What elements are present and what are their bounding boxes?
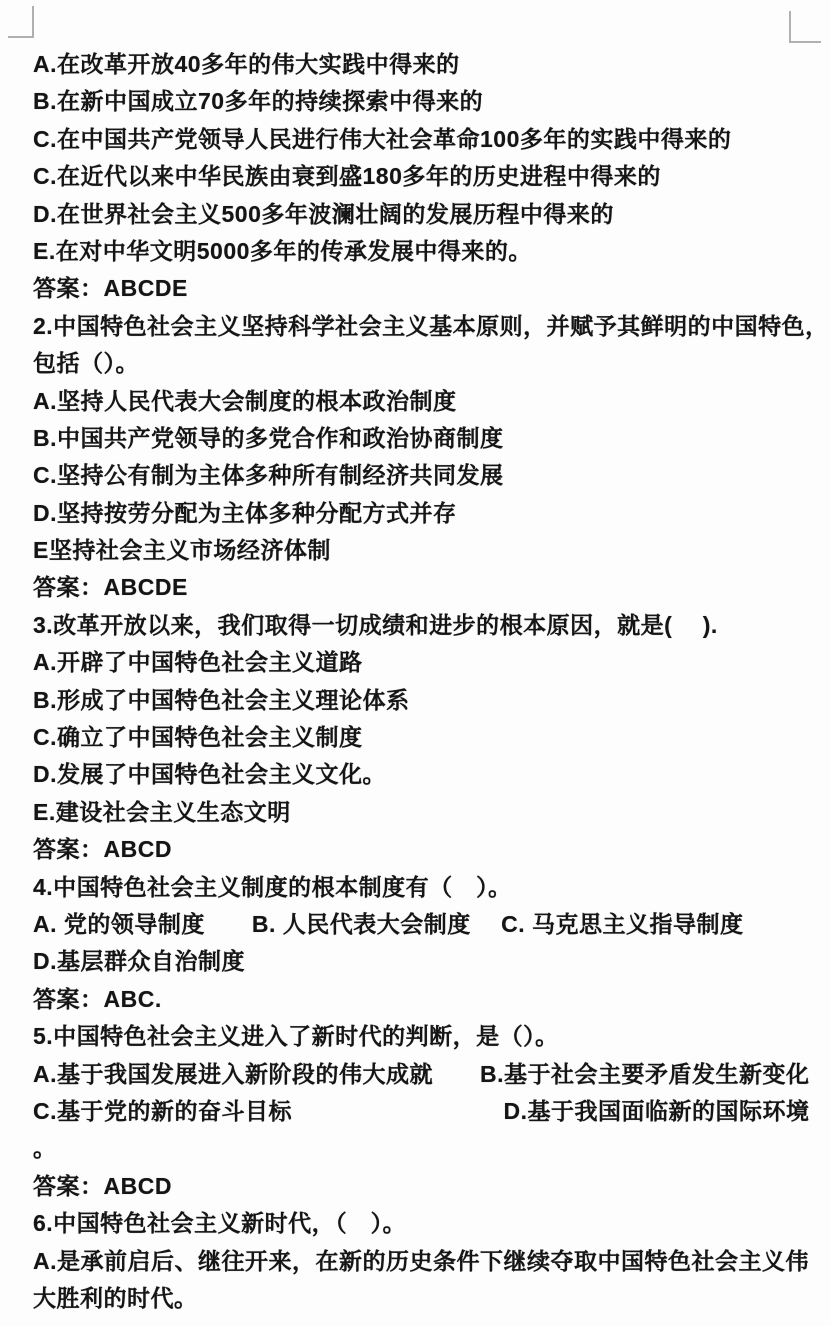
page-margin-corner-left-icon xyxy=(8,6,34,38)
option-line: A.开辟了中国特色社会主义道路 xyxy=(33,644,831,681)
option-line: A.基于我国发展进入新阶段的伟大成就 B.基于社会主要矛盾发生新变化 xyxy=(33,1056,831,1093)
option-line: A. 党的领导制度 B. 人民代表大会制度 C. 马克思主义指导制度 xyxy=(33,906,831,943)
option-line: B.中国共产党领导的多党合作和政治协商制度 xyxy=(33,420,831,457)
option-line: B.形成了中国特色社会主义理论体系 xyxy=(33,682,831,719)
question-line: 4.中国特色社会主义制度的根本制度有（ ）。 xyxy=(33,869,831,906)
document-page: A.在改革开放40多年的伟大实践中得来的 B.在新中国成立70多年的持续探索中得… xyxy=(0,0,831,1326)
answer-line: 答案：ABCD xyxy=(33,831,831,868)
option-line: E.建设社会主义生态文明 xyxy=(33,794,831,831)
question-line: 2.中国特色社会主义坚持科学社会主义基本原则，并赋予其鲜明的中国特色， xyxy=(33,308,831,345)
question-line: 包括（）。 xyxy=(33,345,831,382)
option-line: A.坚持人民代表大会制度的根本政治制度 xyxy=(33,383,831,420)
option-line: C.确立了中国特色社会主义制度 xyxy=(33,719,831,756)
answer-line: 答案：ABC. xyxy=(33,981,831,1018)
option-line: B.在新中国成立70多年的持续探索中得来的 xyxy=(33,83,831,120)
document-text: A.在改革开放40多年的伟大实践中得来的 B.在新中国成立70多年的持续探索中得… xyxy=(33,46,831,1317)
option-line: C.坚持公有制为主体多种所有制经济共同发展 xyxy=(33,457,831,494)
option-line: C.在中国共产党领导人民进行伟大社会革命100多年的实践中得来的 xyxy=(33,121,831,158)
option-line: D.基层群众自治制度 xyxy=(33,943,831,980)
punctuation-line: 。 xyxy=(33,1130,831,1167)
option-line: E坚持社会主义市场经济体制 xyxy=(33,532,831,569)
option-line: D.发展了中国特色社会主义文化。 xyxy=(33,756,831,793)
option-line: E.在对中华文明5000多年的传承发展中得来的。 xyxy=(33,233,831,270)
option-line: A.是承前启后、继往开来，在新的历史条件下继续夺取中国特色社会主义伟 xyxy=(33,1243,831,1280)
answer-line: 答案：ABCDE xyxy=(33,270,831,307)
question-line: 5.中国特色社会主义进入了新时代的判断，是（）。 xyxy=(33,1018,831,1055)
option-line: C.在近代以来中华民族由衰到盛180多年的历史进程中得来的 xyxy=(33,158,831,195)
question-line: 3.改革开放以来，我们取得一切成绩和进步的根本原因，就是( ). xyxy=(33,607,831,644)
question-line: 6.中国特色社会主义新时代，（ ）。 xyxy=(33,1205,831,1242)
page-margin-corner-right-icon xyxy=(789,11,821,43)
answer-line: 答案：ABCDE xyxy=(33,569,831,606)
option-line: D.坚持按劳分配为主体多种分配方式并存 xyxy=(33,495,831,532)
option-line: D.在世界社会主义500多年波澜壮阔的发展历程中得来的 xyxy=(33,196,831,233)
answer-line: 答案：ABCD xyxy=(33,1168,831,1205)
option-line: 大胜利的时代。 xyxy=(33,1280,831,1317)
option-line: C.基于党的新的奋斗目标 D.基于我国面临新的国际环境 xyxy=(33,1093,831,1130)
option-line: A.在改革开放40多年的伟大实践中得来的 xyxy=(33,46,831,83)
